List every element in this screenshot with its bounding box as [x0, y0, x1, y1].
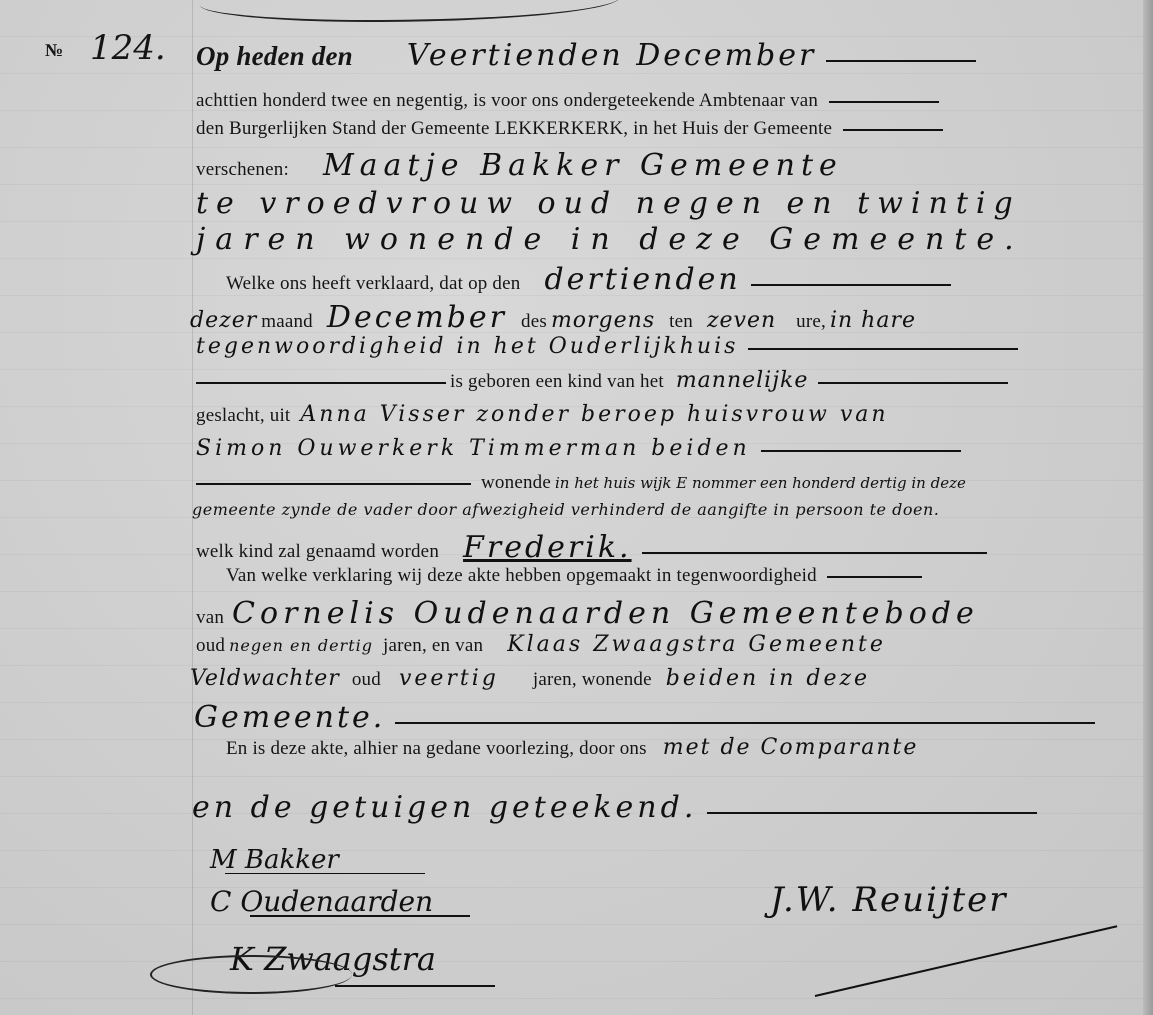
- printed-text: oud: [196, 635, 225, 656]
- line-0: Op heden den Veertienden December: [196, 38, 976, 78]
- printed-text: welk kind zal genaamd worden: [196, 541, 439, 562]
- line-5: jaren wonende in deze Gemeente.: [196, 222, 1024, 262]
- line-20: En is deze akte, alhier na gedane voorle…: [226, 735, 918, 775]
- page-edge: [1143, 0, 1153, 1015]
- handwritten-text: veertig: [399, 666, 499, 691]
- printed-text: van: [196, 607, 224, 628]
- fill-rule: [196, 483, 471, 485]
- line-3: verschenen: Maatje Bakker Gemeente: [196, 148, 843, 188]
- handwritten-text: Veertienden December: [407, 38, 816, 73]
- signature-witness-1: C Oudenaarden: [210, 885, 433, 918]
- signature-underline: [250, 915, 470, 917]
- fill-rule: [829, 101, 939, 103]
- printed-text: jaren, wonende: [533, 669, 652, 690]
- handwritten-text: met de Comparante: [663, 735, 919, 760]
- handwritten-text: tegenwoordigheid in het Ouderlijkhuis: [196, 334, 738, 359]
- handwritten-text: Veldwachter: [190, 666, 340, 691]
- line-21: en de getuigen geteekend.: [192, 790, 1037, 830]
- printed-text: maand: [261, 311, 313, 332]
- handwritten-text: in het huis wijk E nommer een honderd de…: [555, 474, 966, 492]
- line-11: Simon Ouwerkerk Timmerman beiden: [196, 436, 961, 476]
- handwritten-text: negen en dertig: [229, 636, 373, 655]
- line-19: Gemeente.: [194, 700, 1095, 740]
- fill-rule: [395, 722, 1095, 724]
- signature-flourish: [150, 955, 352, 994]
- signature-comparante: M Bakker: [210, 845, 339, 875]
- handwritten-text: te vroedvrouw oud negen en twintig: [196, 186, 1021, 221]
- handwritten-text: morgens: [551, 308, 655, 333]
- printed-text: ure,: [796, 311, 826, 332]
- printed-text: oud: [352, 669, 381, 690]
- handwritten-text: December: [327, 300, 507, 335]
- fill-rule: [751, 284, 951, 286]
- fill-rule: [843, 129, 943, 131]
- handwritten-text: beiden in deze: [666, 666, 870, 691]
- printed-text: des: [521, 311, 547, 332]
- printed-text: den Burgerlijken Stand der Gemeente LEKK…: [196, 118, 832, 139]
- printed-text: achttien honderd twee en negentig, is vo…: [196, 90, 818, 111]
- line-4: te vroedvrouw oud negen en twintig: [196, 186, 1021, 226]
- line-14: welk kind zal genaamd worden Frederik.: [196, 530, 987, 570]
- fill-rule: [196, 382, 446, 384]
- handwritten-text: Gemeente.: [194, 700, 385, 735]
- handwritten-text: Cornelis Oudenaarden Gemeentebode: [232, 596, 979, 631]
- akte-number: 124.: [90, 28, 166, 68]
- handwritten-text: Klaas Zwaagstra Gemeente: [507, 632, 886, 657]
- child-name: Frederik.: [463, 530, 632, 565]
- fill-rule: [826, 60, 976, 62]
- handwritten-text: Maatje Bakker Gemeente: [323, 148, 843, 183]
- fill-rule: [642, 552, 987, 554]
- handwritten-text: en de getuigen geteekend.: [192, 790, 697, 825]
- printed-text: Welke ons heeft verklaard, dat op den: [226, 273, 520, 294]
- fill-rule: [748, 348, 1018, 350]
- printed-text: En is deze akte, alhier na gedane voorle…: [226, 738, 647, 759]
- handwritten-text: Simon Ouwerkerk Timmerman beiden: [196, 436, 751, 461]
- signature-underline: [335, 985, 495, 987]
- handwritten-text: Anna Visser zonder beroep huisvrouw van: [300, 402, 888, 427]
- numero-symbol: №: [45, 40, 63, 61]
- handwritten-text: in hare: [830, 308, 916, 333]
- fill-rule: [761, 450, 961, 452]
- line-6: Welke ons heeft verklaard, dat op den de…: [226, 262, 951, 302]
- handwritten-text: dezer: [190, 308, 257, 333]
- handwritten-text: jaren wonende in deze Gemeente.: [196, 222, 1024, 257]
- printed-text: is geboren een kind van het: [450, 371, 664, 392]
- signature-underline: [225, 873, 425, 874]
- signature-ambtenaar: J.W. Reuijter: [770, 880, 1008, 920]
- line-16: van Cornelis Oudenaarden Gemeentebode: [196, 596, 979, 636]
- printed-text: ten: [669, 311, 693, 332]
- handwritten-text: zeven: [707, 308, 776, 333]
- printed-text: jaren, en van: [383, 635, 483, 656]
- printed-text: verschenen:: [196, 159, 289, 180]
- fill-rule: [818, 382, 1008, 384]
- handwritten-text: dertienden: [544, 262, 740, 297]
- printed-text: Op heden den: [196, 41, 353, 71]
- handwritten-text: gemeente zynde de vader door afwezigheid…: [192, 500, 939, 519]
- handwritten-text: mannelijke: [676, 368, 809, 393]
- printed-text: wonende: [481, 472, 551, 493]
- fill-rule: [707, 812, 1037, 814]
- printed-text: Van welke verklaring wij deze akte hebbe…: [226, 565, 817, 586]
- printed-text: geslacht, uit: [196, 405, 290, 426]
- fill-rule: [827, 576, 922, 578]
